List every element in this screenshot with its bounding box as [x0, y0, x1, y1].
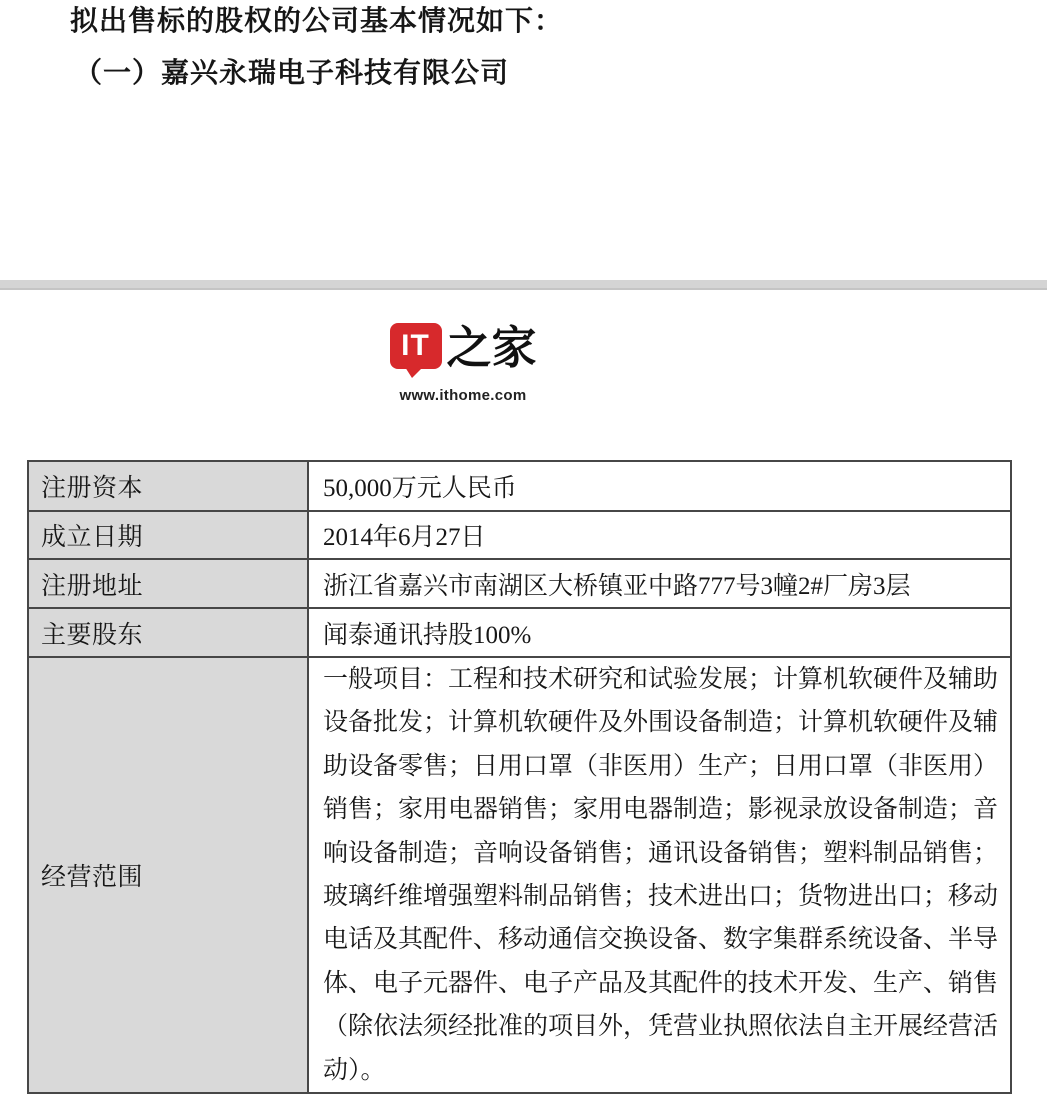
- divider-bar: [0, 280, 1047, 290]
- logo-website-text: www.ithome.com: [396, 387, 530, 404]
- table-row: 注册地址 浙江省嘉兴市南湖区大桥镇亚中路777号3幢2#厂房3层: [28, 559, 1011, 608]
- business-scope-line: 一般项目：工程和技术研究和试验发展；计算机软硬件及辅助: [323, 658, 998, 701]
- ithome-logo-row: IT 之家: [396, 321, 530, 379]
- section-heading: （一）嘉兴永瑞电子科技有限公司: [74, 56, 509, 92]
- row-value: 50,000万元人民币: [308, 461, 1011, 511]
- row-label: 成立日期: [28, 511, 308, 559]
- business-scope-line: 助设备零售；日用口罩（非医用）生产；日用口罩（非医用）: [323, 745, 998, 788]
- ithome-logo: IT 之家 www.ithome.com: [396, 321, 530, 404]
- row-label: 经营范围: [28, 657, 308, 1093]
- business-scope-line: （除依法须经批准的项目外，凭营业执照依法自主开展经营活: [323, 1005, 998, 1048]
- table-row: 成立日期 2014年6月27日: [28, 511, 1011, 559]
- logo-it-text: IT: [401, 331, 430, 361]
- company-info-table: 注册资本 50,000万元人民币 成立日期 2014年6月27日 注册地址 浙江…: [27, 460, 1012, 1094]
- row-value: 浙江省嘉兴市南湖区大桥镇亚中路777号3幢2#厂房3层: [308, 559, 1011, 608]
- business-scope-line: 动）。: [323, 1049, 998, 1092]
- row-label: 主要股东: [28, 608, 308, 657]
- row-label: 注册地址: [28, 559, 308, 608]
- row-value-business-scope: 一般项目：工程和技术研究和试验发展；计算机软硬件及辅助 设备批发；计算机软硬件及…: [308, 657, 1011, 1093]
- ithome-badge-icon: IT: [390, 323, 442, 369]
- table-row: 经营范围 一般项目：工程和技术研究和试验发展；计算机软硬件及辅助 设备批发；计算…: [28, 657, 1011, 1093]
- business-scope-line: 销售；家用电器销售；家用电器制造；影视录放设备制造；音: [323, 788, 998, 831]
- speech-bubble-tail-icon: [405, 367, 423, 378]
- business-scope-line: 体、电子元器件、电子产品及其配件的技术开发、生产、销售: [323, 962, 998, 1005]
- table-row: 注册资本 50,000万元人民币: [28, 461, 1011, 511]
- row-label: 注册资本: [28, 461, 308, 511]
- table-row: 主要股东 闻泰通讯持股100%: [28, 608, 1011, 657]
- row-value: 闻泰通讯持股100%: [308, 608, 1011, 657]
- row-value: 2014年6月27日: [308, 511, 1011, 559]
- document-page: { "document": { "intro_line": "拟出售标的股权的公…: [0, 0, 1047, 1115]
- business-scope-line: 设备批发；计算机软硬件及外围设备制造；计算机软硬件及辅: [323, 701, 998, 744]
- business-scope-line: 电话及其配件、移动通信交换设备、数字集群系统设备、半导: [323, 918, 998, 961]
- logo-zhijia-text: 之家: [447, 321, 537, 375]
- business-scope-line: 玻璃纤维增强塑料制品销售；技术进出口；货物进出口；移动: [323, 875, 998, 918]
- intro-text: 拟出售标的股权的公司基本情况如下：: [70, 5, 563, 39]
- business-scope-line: 响设备制造；音响设备销售；通讯设备销售；塑料制品销售；: [323, 832, 998, 875]
